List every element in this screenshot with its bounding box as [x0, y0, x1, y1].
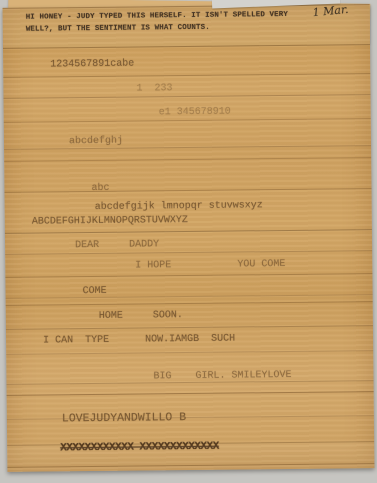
letter-paper: HI HONEY - JUDY TYPED THIS HERSELF. IT I… [3, 4, 375, 472]
typed-line: DEAR DADDY [75, 240, 159, 251]
typed-line: abcdefghj [69, 137, 123, 148]
fold-line [5, 250, 372, 255]
fold-line [4, 157, 371, 162]
fold-line [6, 350, 373, 355]
scanned-letter: HI HONEY - JUDY TYPED THIS HERSELF. IT I… [0, 0, 377, 483]
fold-line [7, 391, 374, 396]
fold-line [5, 273, 372, 278]
handwritten-date: 1 Mar. [312, 5, 349, 18]
typed-line: e1 345678910 [159, 108, 231, 119]
fold-line [5, 188, 372, 193]
fold-line [3, 73, 370, 78]
typed-line: I CAN TYPE NOW.IAMGB SUCH [43, 335, 235, 347]
typed-line: abcdefgijk lmnopqr stuvwsxyz [95, 201, 263, 213]
fold-line [4, 94, 371, 99]
typed-line: BIG GIRL. SMILEYLOVE [153, 371, 291, 382]
typed-line: abc [91, 184, 109, 194]
typed-line: ABCDEFGHIJKLMNOPQRSTUVWXYZ [32, 216, 188, 228]
typed-line-struck-out: XXXXXXXXXXXX XXXXXXXXXXXXX [60, 442, 219, 454]
fold-line [5, 229, 372, 234]
fold-line [4, 145, 371, 150]
typed-line: HOME SOON. [99, 311, 183, 322]
fold-line [6, 325, 373, 330]
fold-line [6, 294, 373, 299]
typed-line: 1 233 [136, 84, 172, 94]
typed-line: COME [83, 287, 107, 297]
fold-line [6, 301, 373, 306]
typed-line: I HOPE YOU COME [135, 260, 285, 272]
fold-line [4, 118, 371, 123]
typed-line: LOVEJUDYANDWILLO B [62, 413, 186, 424]
typed-line: 1234567891cabe [50, 60, 134, 71]
